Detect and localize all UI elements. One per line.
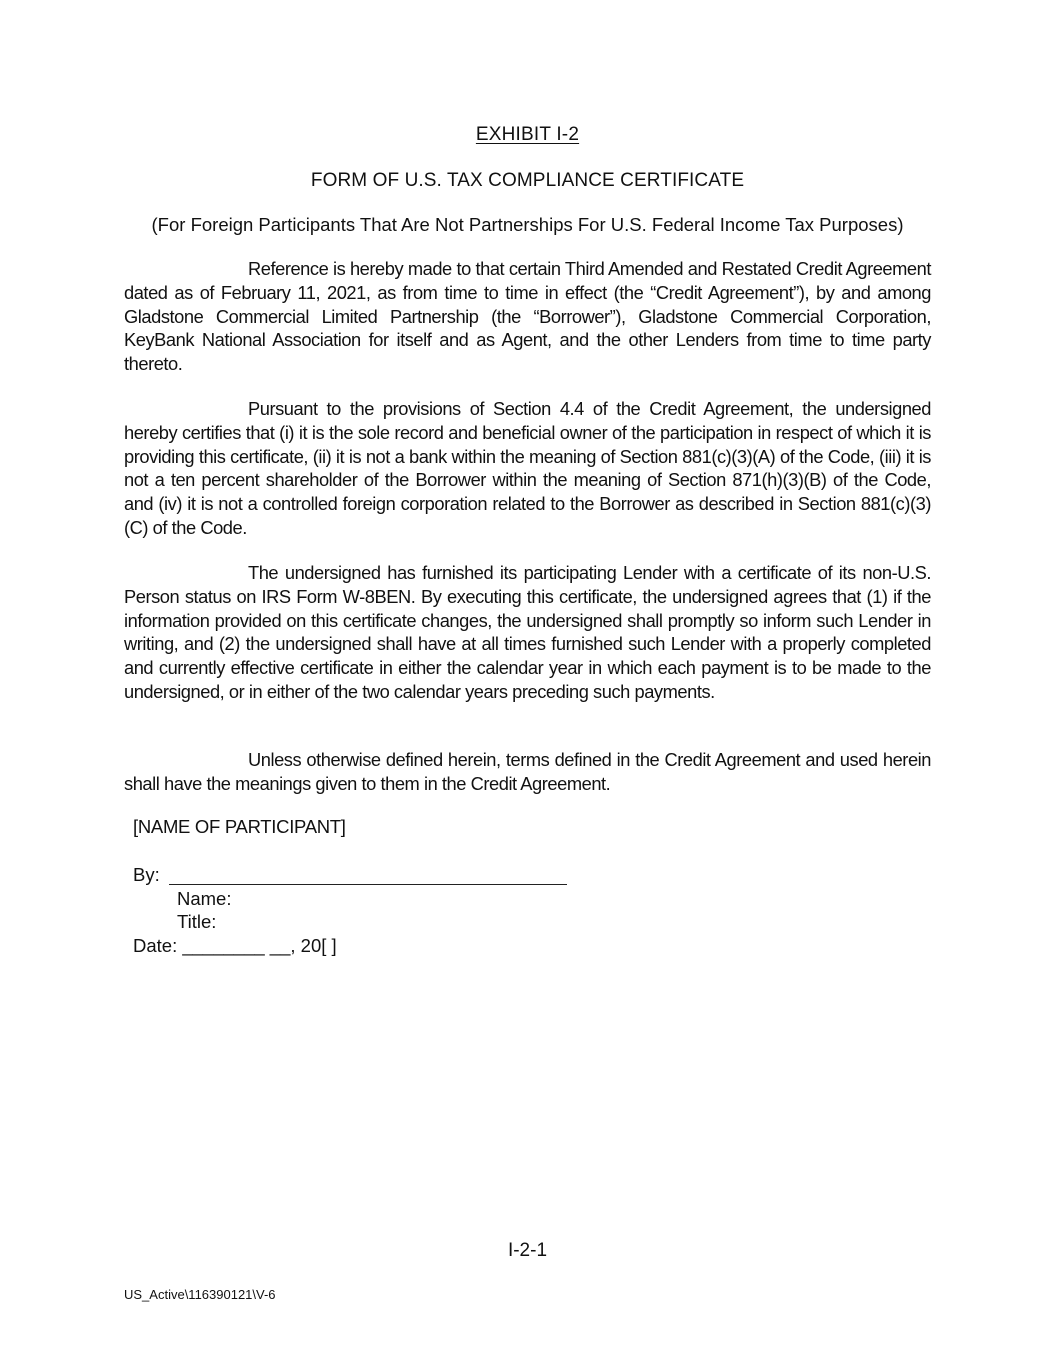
by-label: By: [133,864,160,886]
scope-note: (For Foreign Participants That Are Not P… [0,214,1055,236]
paragraph-certification: Pursuant to the provisions of Section 4.… [124,397,931,540]
participant-name-placeholder: [NAME OF PARTICIPANT] [133,816,346,838]
footer-doc-id: US_Active\116390121\V-6 [124,1287,276,1302]
paragraph-undertaking: The undersigned has furnished its partic… [124,561,931,704]
exhibit-title: EXHIBIT I-2 [0,124,1055,146]
page-number: I-2-1 [0,1240,1055,1262]
signature-line [169,884,567,885]
paragraph-definitions: Unless otherwise defined herein, terms d… [124,748,931,796]
form-subtitle: FORM OF U.S. TAX COMPLIANCE CERTIFICATE [0,170,1055,192]
name-label: Name: [177,888,232,910]
title-label: Title: [177,911,216,933]
date-line: Date: ________ __, 20[ ] [133,935,337,957]
document-page: EXHIBIT I-2 FORM OF U.S. TAX COMPLIANCE … [0,0,1055,1365]
paragraph-reference: Reference is hereby made to that certain… [124,257,931,376]
